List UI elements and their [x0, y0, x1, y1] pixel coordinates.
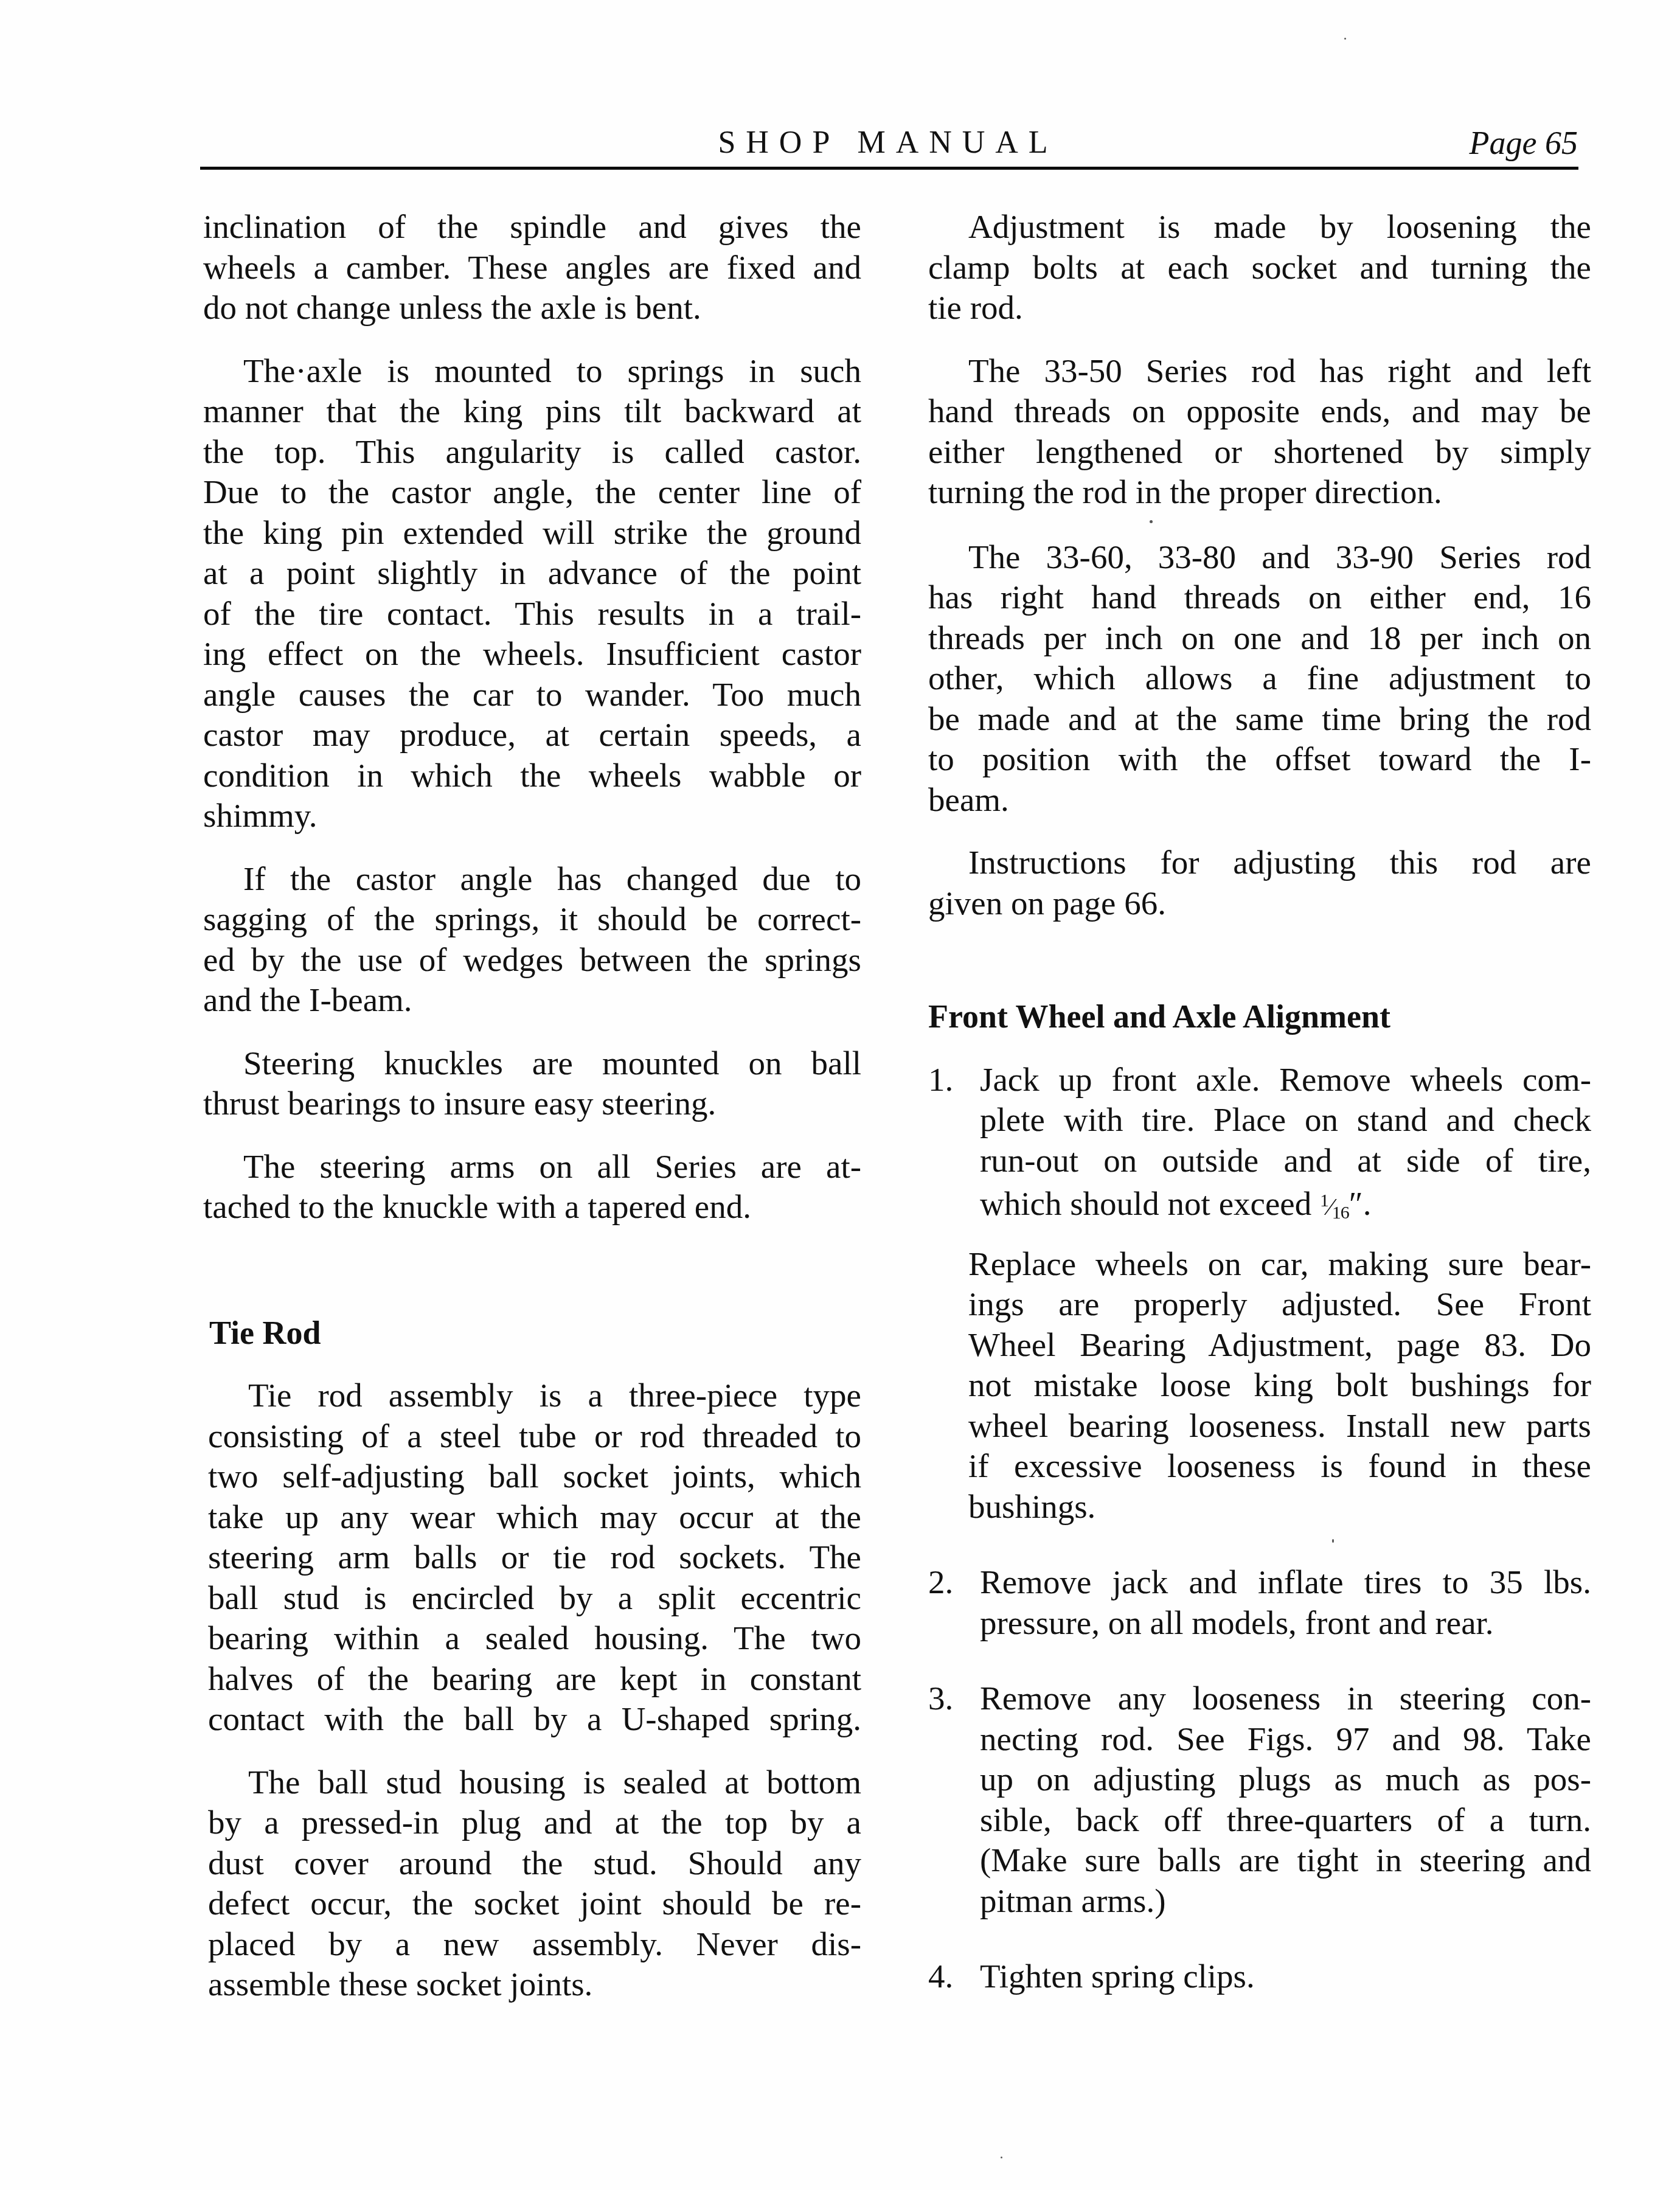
text-line: defect occur, the socket joint should be…	[208, 1883, 861, 1924]
paragraph-knuckles: Steering knuckles are mounted on ball th…	[203, 1043, 861, 1124]
text-line: wheels a camber. These angles are fixed …	[203, 248, 861, 288]
text-line: threads per inch on one and 18 per inch …	[928, 618, 1591, 659]
text-line: plete with tire. Place on stand and chec…	[928, 1100, 1591, 1141]
header-rule	[200, 167, 1578, 170]
text-line: dust cover around the stud. Should any	[208, 1843, 861, 1884]
scan-speck	[1332, 1539, 1334, 1543]
inch-mark: ″.	[1349, 1185, 1372, 1222]
text-line: ing effect on the wheels. Insufficient c…	[203, 634, 861, 675]
text-line: take up any wear which may occur at the	[208, 1497, 861, 1538]
text-line: necting rod. See Figs. 97 and 98. Take	[928, 1719, 1591, 1760]
text-line: be made and at the same time bring the r…	[928, 699, 1591, 740]
paragraph-tie-rod-assembly: Tie rod assembly is a three-piece type c…	[203, 1375, 861, 1740]
section-heading-front-wheel-alignment: Front Wheel and Axle Alignment	[928, 996, 1591, 1037]
text-line: if excessive looseness is found in these	[928, 1446, 1591, 1487]
text-line: and the I-beam.	[203, 980, 861, 1021]
fraction-numerator: 1	[1320, 1191, 1328, 1211]
text-line: sagging of the springs, it should be cor…	[203, 899, 861, 940]
paragraph-castor: The·axle is mounted to springs in such m…	[203, 351, 861, 836]
text-line: ed by the use of wedges between the spri…	[203, 940, 861, 981]
text-line: contact with the ball by a U-shaped spri…	[208, 1699, 861, 1740]
text-line: given on page 66.	[928, 883, 1591, 924]
step-text: Remove jack and inflate tires to 35 lbs.	[980, 1563, 1591, 1601]
text-line: 4.Tighten spring clips.	[928, 1956, 1591, 1997]
text-line: The steering arms on all Series are at-	[203, 1147, 861, 1187]
fraction-one-sixteenth: 1⁄16	[1320, 1193, 1349, 1220]
text-line: either lengthened or shortened by simply	[928, 432, 1591, 473]
paragraph-series-33-60-80-90: The 33-60, 33-80 and 33-90 Series rod ha…	[928, 537, 1591, 821]
text-line: has right hand threads on either end, 16	[928, 577, 1591, 618]
text-line: inclination of the spindle and gives the	[203, 207, 861, 248]
text-line: beam.	[928, 780, 1591, 821]
paragraph-castor-correction: If the castor angle has changed due to s…	[203, 859, 861, 1021]
text-line: 1.Jack up front axle. Remove wheels com-	[928, 1060, 1591, 1100]
paragraph-adjustment: Adjustment is made by loosening the clam…	[928, 207, 1591, 328]
text-line: Instructions for adjusting this rod are	[928, 843, 1591, 883]
step-text: Tighten spring clips.	[980, 1958, 1255, 1995]
text-line: 3.Remove any looseness in steering con-	[928, 1678, 1591, 1719]
text-line: other, which allows a fine adjustment to	[928, 658, 1591, 699]
text-line: consisting of a steel tube or rod thread…	[208, 1416, 861, 1457]
step-text: which should not exceed	[980, 1185, 1311, 1222]
text-line: Adjustment is made by loosening the	[928, 207, 1591, 248]
scan-speck	[1150, 520, 1153, 523]
text-line: Replace wheels on car, making sure bear-	[928, 1244, 1591, 1285]
text-line: pressure, on all models, front and rear.	[928, 1603, 1591, 1644]
alignment-step-4: 4.Tighten spring clips.	[928, 1956, 1591, 1997]
text-line: sible, back off three-quarters of a turn…	[928, 1800, 1591, 1841]
text-line: up on adjusting plugs as much as pos-	[928, 1759, 1591, 1800]
text-line: the king pin extended will strike the gr…	[203, 513, 861, 554]
text-line: thrust bearings to insure easy steering.	[203, 1083, 861, 1124]
text-line: assemble these socket joints.	[208, 1964, 861, 2005]
text-line: ings are properly adjusted. See Front	[928, 1284, 1591, 1325]
scan-speck	[1344, 38, 1346, 40]
paragraph-series-33-50: The 33-50 Series rod has right and left …	[928, 351, 1591, 513]
right-column: Adjustment is made by loosening the clam…	[928, 207, 1591, 1997]
text-line: Wheel Bearing Adjustment, page 83. Do	[928, 1325, 1591, 1366]
section-heading-tie-rod: Tie Rod	[203, 1313, 861, 1354]
text-line: Tie rod assembly is a three-piece type	[208, 1375, 861, 1416]
text-line: castor may produce, at certain speeds, a	[203, 715, 861, 756]
text-line: ball stud is encircled by a split eccent…	[208, 1578, 861, 1619]
step-number: 2.	[928, 1562, 980, 1603]
text-line: shimmy.	[203, 796, 861, 836]
text-line: If the castor angle has changed due to	[203, 859, 861, 900]
text-line: angle causes the car to wander. Too much	[203, 675, 861, 715]
scan-speck	[1001, 2157, 1002, 2158]
text-line: bearing within a sealed housing. The two	[208, 1618, 861, 1659]
text-line: clamp bolts at each socket and turning t…	[928, 248, 1591, 288]
alignment-step-1: 1.Jack up front axle. Remove wheels com-…	[928, 1060, 1591, 1528]
text-line: manner that the king pins tilt backward …	[203, 391, 861, 432]
text-line: two self-adjusting ball socket joints, w…	[208, 1456, 861, 1497]
step-number: 3.	[928, 1678, 980, 1719]
fraction-denominator: 16	[1332, 1203, 1349, 1223]
text-line: hand threads on opposite ends, and may b…	[928, 391, 1591, 432]
text-line: Due to the castor angle, the center line…	[203, 472, 861, 513]
text-line: do not change unless the axle is bent.	[203, 288, 861, 328]
step-number: 1.	[928, 1060, 980, 1100]
left-column: inclination of the spindle and gives the…	[203, 207, 861, 2005]
text-line: Steering knuckles are mounted on ball	[203, 1043, 861, 1084]
text-line: condition in which the wheels wabble or	[203, 756, 861, 796]
text-line: 2.Remove jack and inflate tires to 35 lb…	[928, 1562, 1591, 1603]
running-title: SHOP MANUAL	[645, 122, 1131, 164]
text-line: turning the rod in the proper direction.	[928, 472, 1591, 513]
paragraph-camber: inclination of the spindle and gives the…	[203, 207, 861, 328]
text-line: to position with the offset toward the I…	[928, 739, 1591, 780]
text-line: which should not exceed 1⁄16″.	[928, 1181, 1591, 1222]
text-line: at a point slightly in advance of the po…	[203, 553, 861, 594]
text-line: bushings.	[928, 1487, 1591, 1528]
text-line: The ball stud housing is sealed at botto…	[208, 1762, 861, 1803]
text-line: run-out on outside and at side of tire,	[928, 1141, 1591, 1181]
text-line: pitman arms.)	[928, 1881, 1591, 1922]
step-number: 4.	[928, 1956, 980, 1997]
step-text: Jack up front axle. Remove wheels com-	[980, 1061, 1591, 1098]
text-line: tie rod.	[928, 288, 1591, 328]
step-text: Remove any looseness in steering con-	[980, 1680, 1591, 1717]
text-line: the top. This angularity is called casto…	[203, 432, 861, 473]
text-line: wheel bearing looseness. Install new par…	[928, 1406, 1591, 1447]
paragraph-ball-stud-housing: The ball stud housing is sealed at botto…	[203, 1762, 861, 2005]
text-line: of the tire contact. This results in a t…	[203, 594, 861, 634]
text-line: The 33-50 Series rod has right and left	[928, 351, 1591, 392]
text-line: The 33-60, 33-80 and 33-90 Series rod	[928, 537, 1591, 578]
alignment-step-3: 3.Remove any looseness in steering con- …	[928, 1678, 1591, 1921]
paragraph-steering-arms: The steering arms on all Series are at- …	[203, 1147, 861, 1228]
text-line: steering arm balls or tie rod sockets. T…	[208, 1537, 861, 1578]
text-line: not mistake loose king bolt bushings for	[928, 1365, 1591, 1406]
paragraph-instructions-ref: Instructions for adjusting this rod are …	[928, 843, 1591, 923]
text-line: by a pressed-in plug and at the top by a	[208, 1802, 861, 1843]
text-line: tached to the knuckle with a tapered end…	[203, 1187, 861, 1228]
text-line: halves of the bearing are kept in consta…	[208, 1659, 861, 1700]
text-line: The·axle is mounted to springs in such	[203, 351, 861, 392]
alignment-step-2: 2.Remove jack and inflate tires to 35 lb…	[928, 1562, 1591, 1643]
document-page: SHOP MANUAL Page 65 inclination of the s…	[0, 0, 1680, 2190]
text-line: placed by a new assembly. Never dis-	[208, 1924, 861, 1965]
text-line: (Make sure balls are tight in steering a…	[928, 1840, 1591, 1881]
page-number: Page 65	[1470, 122, 1578, 164]
